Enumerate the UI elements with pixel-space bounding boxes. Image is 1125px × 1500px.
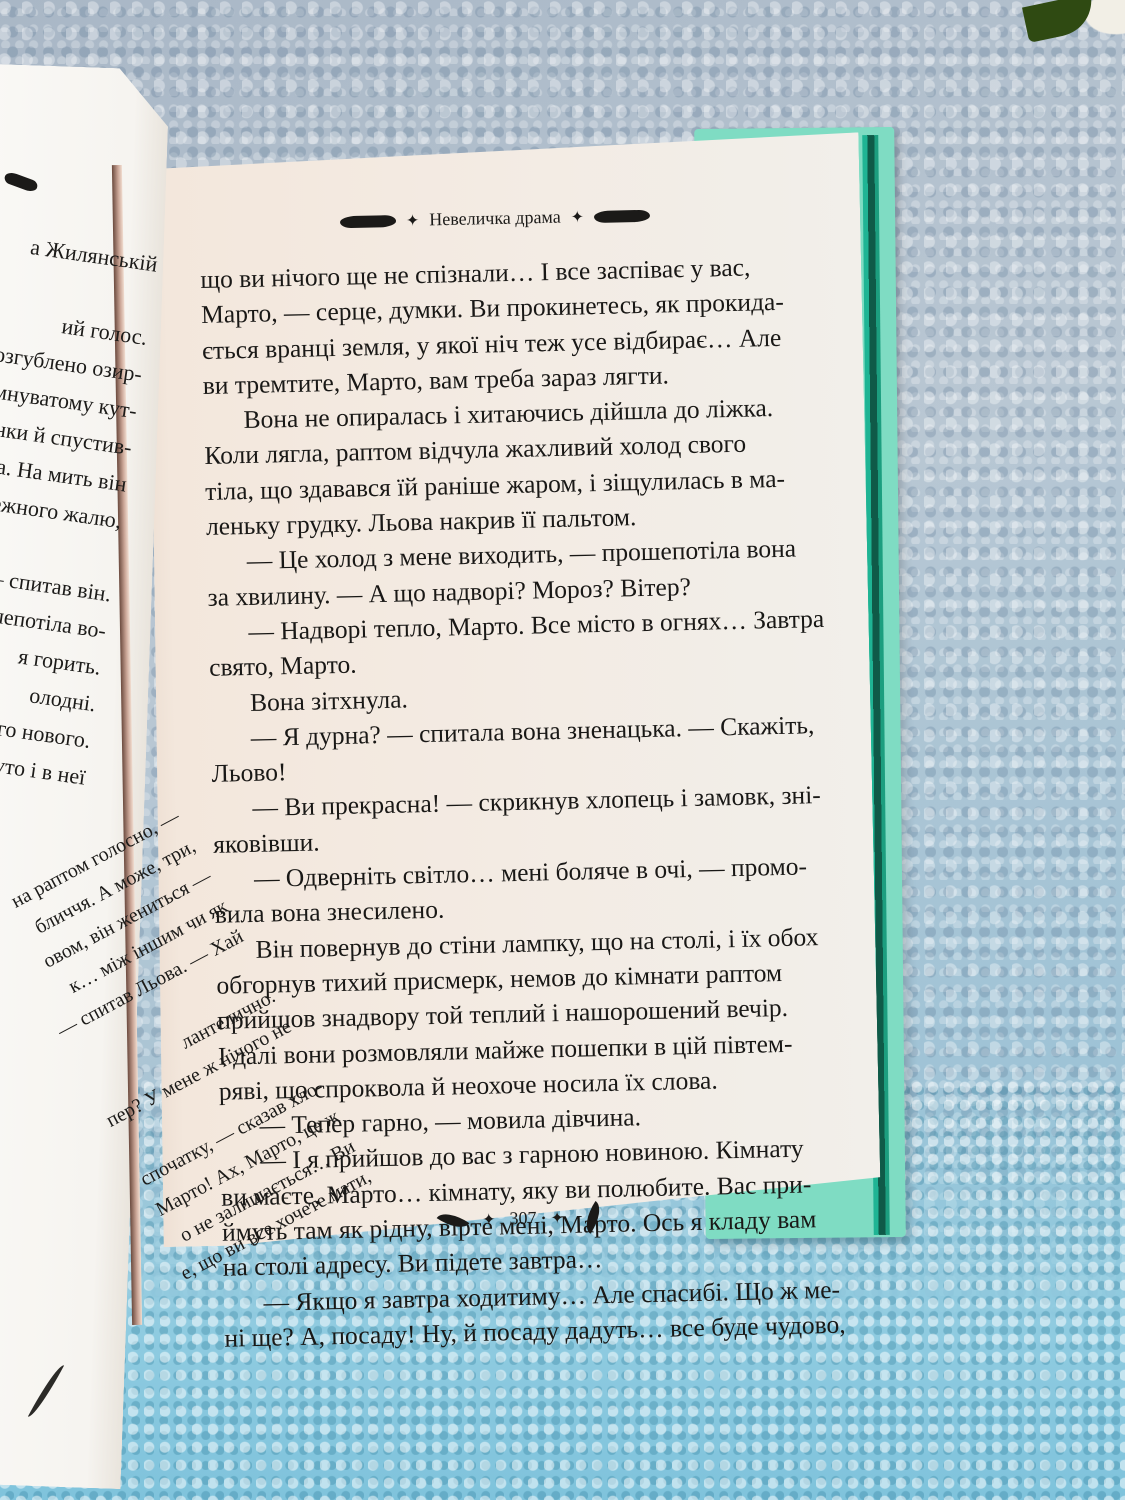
leaf-ornament-icon <box>340 215 396 228</box>
chapter-title: Невеличка драма <box>429 207 561 231</box>
leaf-ornament-icon <box>437 1206 470 1234</box>
page-number: 307 <box>509 1208 536 1230</box>
leaf-ornament-icon <box>594 209 650 222</box>
sparkle-icon: ✦ <box>482 1209 496 1229</box>
sparkle-icon: ✦ <box>406 210 420 230</box>
sparkle-icon: ✦ <box>550 1208 564 1228</box>
sparkle-icon: ✦ <box>570 207 584 227</box>
page-body-text: що ви нічого ще не спізнали… І все заспі… <box>200 249 805 1356</box>
